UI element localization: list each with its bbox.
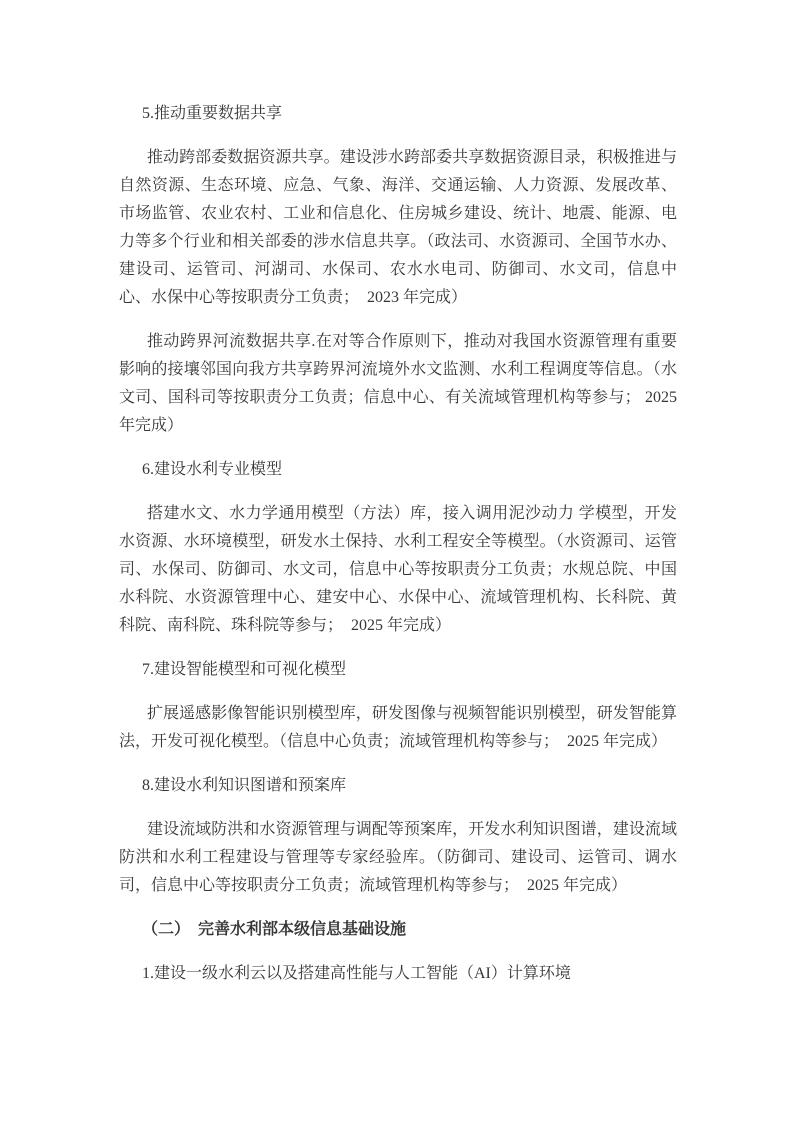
body-paragraph: 建设流域防洪和水资源管理与调配等预案库，开发水利知识图谱，建设流域防洪和水利工程… (119, 816, 677, 900)
body-paragraph: 推动跨部委数据资源共享。建设涉水跨部委共享数据资源目录，积极推进与自然资源、生态… (119, 144, 677, 312)
numbered-heading: 1.建设一级水利云以及搭建高性能与人工智能（AI）计算环境 (119, 960, 677, 988)
body-paragraph: 搭建水文、水力学通用模型（方法）库，接入调用泥沙动力 学模型，开发水资源、水环境… (119, 500, 677, 640)
numbered-heading: 6.建设水利专业模型 (119, 456, 677, 484)
numbered-heading: 5.推动重要数据共享 (119, 100, 677, 128)
body-paragraph: 扩展遥感影像智能识别模型库，研发图像与视频智能识别模型，研发智能算法，开发可视化… (119, 700, 677, 756)
subsection-heading: （二） 完善水利部本级信息基础设施 (119, 916, 677, 944)
numbered-heading: 8.建设水利知识图谱和预案库 (119, 772, 677, 800)
document-page: 5.推动重要数据共享推动跨部委数据资源共享。建设涉水跨部委共享数据资源目录，积极… (0, 0, 793, 1122)
page-background: { "page": { "background_color": "#ffffff… (0, 0, 793, 1122)
numbered-heading: 7.建设智能模型和可视化模型 (119, 656, 677, 684)
document-content: 5.推动重要数据共享推动跨部委数据资源共享。建设涉水跨部委共享数据资源目录，积极… (119, 100, 677, 988)
body-paragraph: 推动跨界河流数据共享.在对等合作原则下，推动对我国水资源管理有重要影响的接壤邻国… (119, 328, 677, 440)
